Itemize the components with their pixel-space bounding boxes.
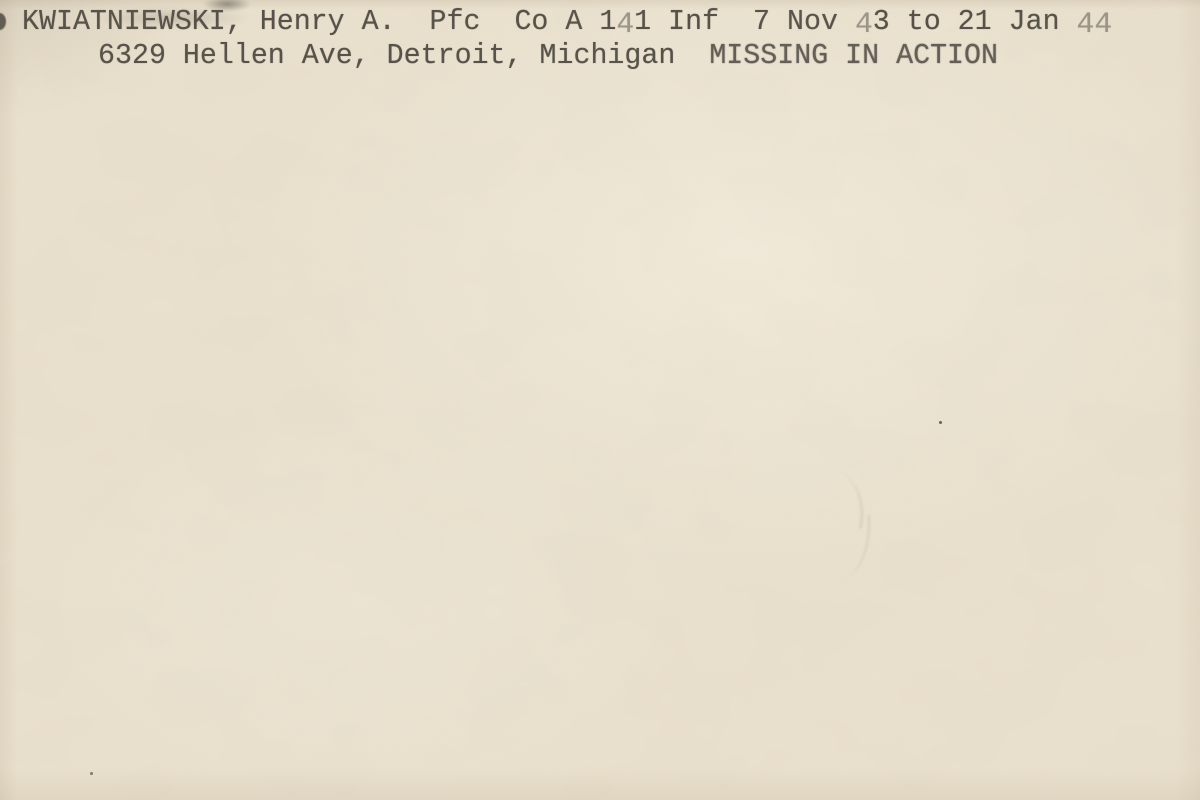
- typed-line-service: KWIATNIEWSKI, Henry A. Pfc Co A 141 Inf …: [22, 7, 1112, 36]
- typed-line-address: 6329 Hellen Ave, Detroit, Michigan MISSI…: [98, 42, 998, 70]
- left-edge-ink-fragment: [0, 13, 6, 30]
- paper-sheen: [0, 0, 1200, 800]
- text-segment: KWIATNIEWSKI, Henry A. Pfc Co A 1: [22, 6, 616, 38]
- paper-crease: [836, 515, 874, 579]
- text-segment: 6329 Hellen Ave, Detroit, Michigan: [98, 40, 709, 72]
- text-segment: 4: [616, 10, 634, 38]
- text-segment: 3 to 21 Jan: [873, 6, 1077, 38]
- text-segment: MISSING IN ACTION: [709, 40, 998, 72]
- text-segment: 44: [1077, 10, 1113, 38]
- paper-crease: [818, 467, 873, 528]
- scan-vignette: [0, 0, 1200, 800]
- index-card: KWIATNIEWSKI, Henry A. Pfc Co A 141 Inf …: [0, 0, 1200, 800]
- paper-speck: [939, 421, 942, 424]
- paper-speck: [90, 772, 93, 775]
- text-segment: 1 Inf 7 Nov: [634, 6, 855, 38]
- paper-grain-texture: [0, 0, 1200, 800]
- text-segment: 4: [855, 10, 873, 38]
